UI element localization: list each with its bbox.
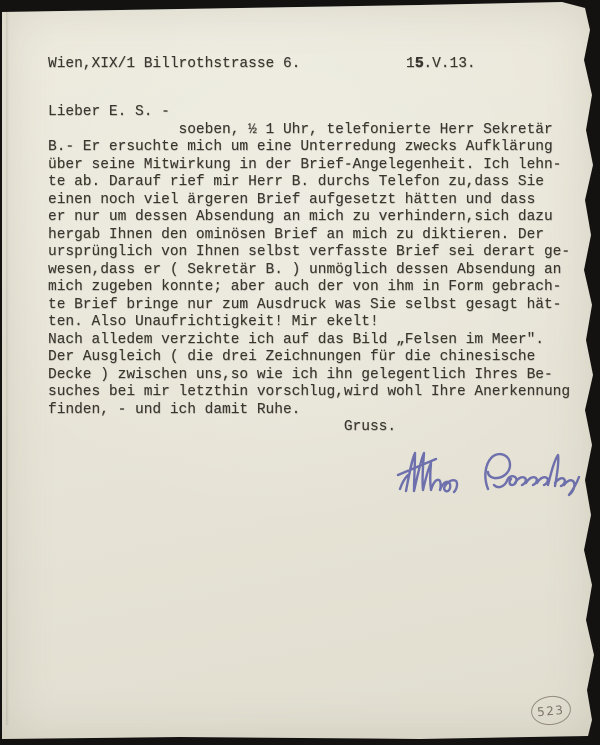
photo-background: { "page": { "background_color": "#131210… [0, 0, 600, 745]
signature-stroke-first-name [398, 453, 457, 492]
date-digit: 1 [406, 56, 415, 72]
letter-date: 15.V.13. [406, 55, 476, 73]
sender-address: Wien,XIX/1 Billrothstrasse 6. [48, 55, 300, 73]
catalog-number-text: 523 [537, 702, 566, 718]
date-rest: .V.13. [423, 56, 475, 72]
signature-stroke-last-name [485, 454, 579, 495]
catalog-number-stamp: 523 [529, 694, 572, 728]
letter-paper: Wien,XIX/1 Billrothstrasse 6. 15.V.13. L… [0, 0, 600, 745]
paper-crease [6, 10, 9, 725]
letter-body-text: Lieber E. S. - soeben, ½ 1 Uhr, telefoni… [48, 104, 588, 437]
signature-arthur-roessler [396, 444, 582, 508]
